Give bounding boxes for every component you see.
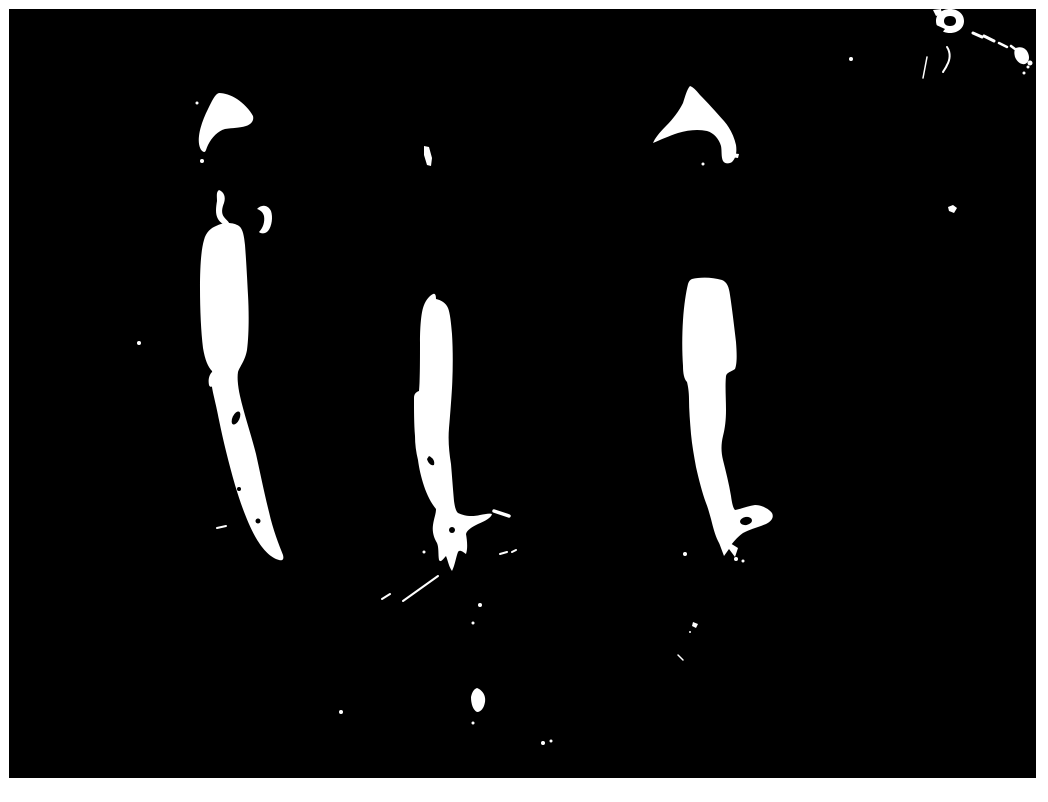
seedling1-stem-hole-lower [256,519,261,524]
corner-dot-small [1023,72,1026,75]
seedling1-speck-upper [196,102,199,105]
seedling3-leaf-dot [702,163,705,166]
figure-page [0,0,1048,802]
seedling3-root-dot1 [734,557,738,561]
corner-blob-bit2 [1027,66,1030,69]
seedling1-stem-hole-mid [237,487,241,491]
bottom-center-dot3 [472,722,475,725]
corner-dot-left [849,57,853,61]
seedling3-below-dot [689,631,691,633]
bottom-center-dot1 [541,741,545,745]
seedling1-dot-below-leaf [200,159,204,163]
bottom-center-dot2 [550,740,553,743]
seedling3-root-dot3 [683,552,687,556]
mask-frame [9,9,1036,778]
left-field-speck [137,341,141,345]
seedling3-root-dot2 [742,560,745,563]
seedling2-soil-dot1 [478,603,482,607]
seedling2-soil-dot3 [423,551,426,554]
seedling2-root-hole [449,527,455,533]
corner-blob-bit1 [1028,61,1033,66]
seedling2-soil-dot2 [472,622,475,625]
mask-svg [0,0,1048,802]
bottom-left-dot [339,710,343,714]
